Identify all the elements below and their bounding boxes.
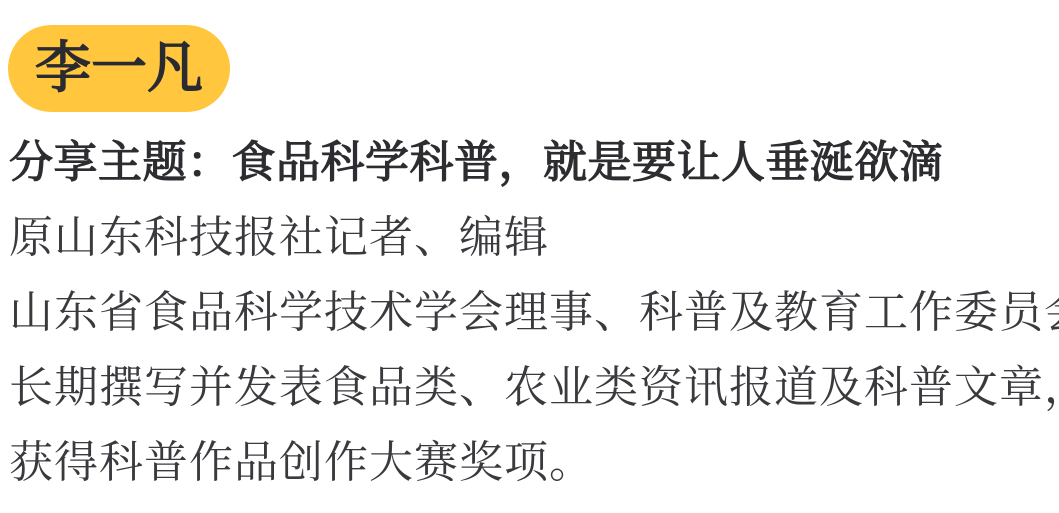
bio-line-4: 获得科普作品创作大赛奖项。 xyxy=(9,425,1059,500)
speaker-name: 李一凡 xyxy=(35,36,203,99)
bio-line-2: 山东省食品科学技术学会理事、科普及教育工作委员会委员 xyxy=(9,275,1059,350)
speaker-name-badge: 李一凡 xyxy=(8,25,230,112)
speaker-intro-card: 李一凡 分享主题：食品科学科普，就是要让人垂涎欲滴 原山东科技报社记者、编辑 山… xyxy=(0,0,1059,513)
speaker-bio: 原山东科技报社记者、编辑 山东省食品科学技术学会理事、科普及教育工作委员会委员 … xyxy=(9,200,1059,500)
bio-line-1: 原山东科技报社记者、编辑 xyxy=(9,200,1059,275)
share-topic-heading: 分享主题：食品科学科普，就是要让人垂涎欲滴 xyxy=(9,138,1059,188)
bio-line-3: 长期撰写并发表食品类、农业类资讯报道及科普文章，多次 xyxy=(9,350,1059,425)
